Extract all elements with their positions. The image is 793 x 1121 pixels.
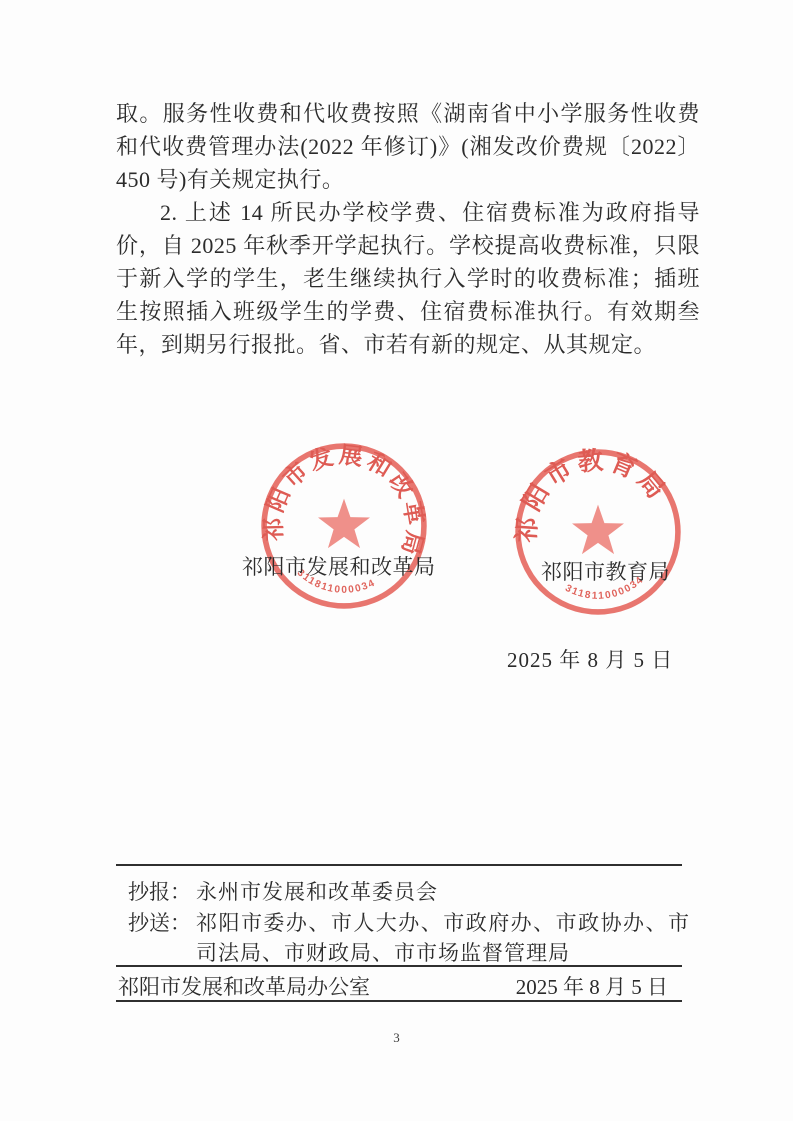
signature-left-agency: 祁阳市发展和改革局 <box>242 551 436 581</box>
cc-send-row: 抄送： 祁阳市委办、市人大办、市政府办、市政协办、市司法局、市财政局、市市场监督… <box>128 908 690 968</box>
footer-issuing-row: 祁阳市发展和改革局办公室 2025 年 8 月 5 日 <box>116 971 682 1001</box>
cc-report-recipients: 永州市发展和改革委员会 <box>196 877 690 907</box>
official-seal-development-reform-icon: 祁阳市发展和改革局 43118110000341 <box>258 440 430 612</box>
divider-cc-top <box>116 864 682 866</box>
document-body: 取。服务性收费和代收费按照《湖南省中小学服务性收费和代收费管理办法(2022 年… <box>116 97 700 361</box>
seal-star-icon <box>572 505 624 554</box>
issuing-office: 祁阳市发展和改革局办公室 <box>118 971 370 1001</box>
divider-footer-top <box>116 965 682 967</box>
document-page: 取。服务性收费和代收费按照《湖南省中小学服务性收费和代收费管理办法(2022 年… <box>0 0 793 1121</box>
body-paragraph-continuation: 取。服务性收费和代收费按照《湖南省中小学服务性收费和代收费管理办法(2022 年… <box>116 97 700 196</box>
cc-send-recipients: 祁阳市委办、市人大办、市政府办、市政协办、市司法局、市财政局、市市场监督管理局 <box>196 908 690 968</box>
seal-star-icon <box>318 499 370 548</box>
signature-date: 2025 年 8 月 5 日 <box>507 644 673 674</box>
divider-footer-bottom <box>116 1000 682 1002</box>
official-seal-education-bureau-icon: 祁阳市教育局 43118110000345 <box>512 446 684 618</box>
page-number: 3 <box>0 1030 793 1046</box>
cc-report-label: 抄报： <box>128 877 196 907</box>
cc-report-row: 抄报： 永州市发展和改革委员会 <box>128 877 690 907</box>
signature-right-agency: 祁阳市教育局 <box>541 556 670 586</box>
body-paragraph-2: 2. 上述 14 所民办学校学费、住宿费标准为政府指导价，自 2025 年秋季开… <box>116 196 700 361</box>
cc-send-label: 抄送： <box>128 908 196 938</box>
footer-date: 2025 年 8 月 5 日 <box>516 971 668 1001</box>
